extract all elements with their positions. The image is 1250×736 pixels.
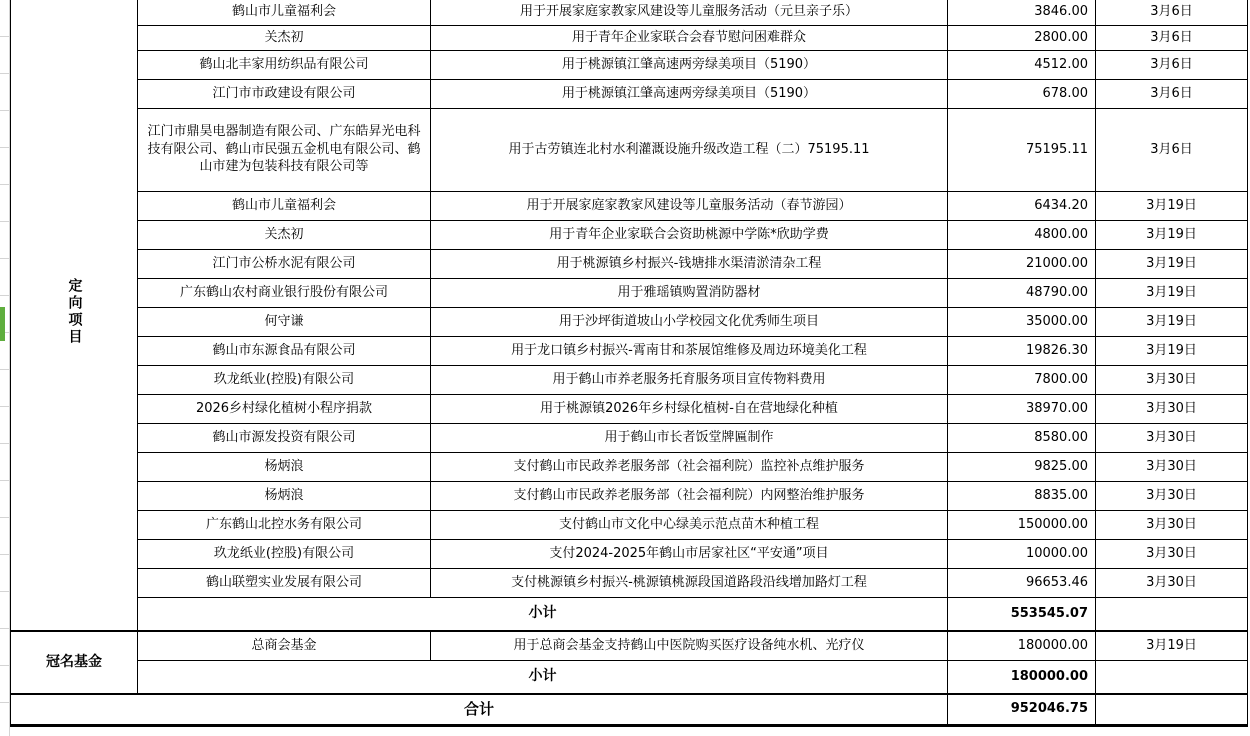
donor-cell[interactable]: 2026乡村绿化植树小程序捐款 — [138, 394, 431, 423]
donation-table: 定向项目鹤山市儿童福利会用于开展家庭家教家风建设等儿童服务活动（元旦亲子乐）38… — [10, 0, 1248, 727]
purpose-cell[interactable]: 用于开展家庭家教家风建设等儿童服务活动（春节游园） — [431, 191, 948, 220]
purpose-cell[interactable]: 用于鹤山市养老服务托育服务项目宣传物料费用 — [431, 365, 948, 394]
category-cell[interactable]: 冠名基金 — [11, 631, 138, 694]
amount-cell[interactable]: 150000.00 — [948, 510, 1096, 539]
purpose-cell[interactable]: 用于龙口镇乡村振兴-霄南甘和茶展馆维修及周边环境美化工程 — [431, 336, 948, 365]
table-row: 江门市市政建设有限公司用于桃源镇江肇高速两旁绿美项目（5190）678.003月… — [11, 79, 1248, 108]
table-row: 何守谦用于沙坪街道坡山小学校园文化优秀师生项目35000.003月19日 — [11, 307, 1248, 336]
date-cell[interactable]: 3月30日 — [1096, 365, 1248, 394]
table-row: 关杰初用于青年企业家联合会春节慰问困难群众2800.003月6日 — [11, 25, 1248, 50]
date-cell[interactable]: 3月19日 — [1096, 220, 1248, 249]
subtotal-amount-cell[interactable]: 180000.00 — [948, 660, 1096, 694]
purpose-cell[interactable]: 支付桃源镇乡村振兴-桃源镇桃源段国道路段沿线增加路灯工程 — [431, 568, 948, 597]
subtotal-row: 小计553545.07 — [11, 597, 1248, 631]
donor-cell[interactable]: 总商会基金 — [138, 631, 431, 660]
amount-cell[interactable]: 180000.00 — [948, 631, 1096, 660]
amount-cell[interactable]: 678.00 — [948, 79, 1096, 108]
amount-cell[interactable]: 75195.11 — [948, 108, 1096, 191]
donor-cell[interactable]: 杨炳浪 — [138, 481, 431, 510]
amount-cell[interactable]: 48790.00 — [948, 278, 1096, 307]
table-row: 定向项目鹤山市儿童福利会用于开展家庭家教家风建设等儿童服务活动（元旦亲子乐）38… — [11, 0, 1248, 25]
donor-cell[interactable]: 鹤山联塑实业发展有限公司 — [138, 568, 431, 597]
total-amount-cell[interactable]: 952046.75 — [948, 694, 1096, 725]
table-row: 江门市公桥水泥有限公司用于桃源镇乡村振兴-钱塘排水渠清淤清杂工程21000.00… — [11, 249, 1248, 278]
donor-cell[interactable]: 广东鹤山农村商业银行股份有限公司 — [138, 278, 431, 307]
donor-cell[interactable]: 玖龙纸业(控股)有限公司 — [138, 365, 431, 394]
donor-cell[interactable]: 鹤山市东源食品有限公司 — [138, 336, 431, 365]
donor-cell[interactable]: 关杰初 — [138, 25, 431, 50]
category-label: 定向项目 — [65, 278, 84, 346]
purpose-cell[interactable]: 支付鹤山市民政养老服务部（社会福利院）监控补点维护服务 — [431, 452, 948, 481]
date-cell[interactable]: 3月6日 — [1096, 50, 1248, 79]
amount-cell[interactable]: 8835.00 — [948, 481, 1096, 510]
date-cell[interactable]: 3月30日 — [1096, 394, 1248, 423]
purpose-cell[interactable]: 用于青年企业家联合会春节慰问困难群众 — [431, 25, 948, 50]
category-label: 冠名基金 — [46, 654, 102, 670]
table-row: 玖龙纸业(控股)有限公司用于鹤山市养老服务托育服务项目宣传物料费用7800.00… — [11, 365, 1248, 394]
date-cell[interactable]: 3月6日 — [1096, 25, 1248, 50]
date-cell[interactable]: 3月6日 — [1096, 108, 1248, 191]
date-cell[interactable]: 3月6日 — [1096, 79, 1248, 108]
donor-cell[interactable]: 杨炳浪 — [138, 452, 431, 481]
table-row: 鹤山联塑实业发展有限公司支付桃源镇乡村振兴-桃源镇桃源段国道路段沿线增加路灯工程… — [11, 568, 1248, 597]
purpose-cell[interactable]: 用于桃源镇乡村振兴-钱塘排水渠清淤清杂工程 — [431, 249, 948, 278]
purpose-cell[interactable]: 用于鹤山市长者饭堂牌匾制作 — [431, 423, 948, 452]
subtotal-date-cell[interactable] — [1096, 660, 1248, 694]
donor-cell[interactable]: 江门市市政建设有限公司 — [138, 79, 431, 108]
table-row: 2026乡村绿化植树小程序捐款用于桃源镇2026年乡村绿化植树-自在营地绿化种植… — [11, 394, 1248, 423]
date-cell[interactable]: 3月30日 — [1096, 568, 1248, 597]
amount-cell[interactable]: 9825.00 — [948, 452, 1096, 481]
purpose-cell[interactable]: 支付鹤山市文化中心绿美示范点苗木种植工程 — [431, 510, 948, 539]
donor-cell[interactable]: 鹤山市源发投资有限公司 — [138, 423, 431, 452]
purpose-cell[interactable]: 用于总商会基金支持鹤山中医院购买医疗设备纯水机、光疗仪 — [431, 631, 948, 660]
amount-cell[interactable]: 8580.00 — [948, 423, 1096, 452]
total-label-cell[interactable]: 合计 — [11, 694, 948, 725]
date-cell[interactable]: 3月30日 — [1096, 452, 1248, 481]
donor-cell[interactable]: 玖龙纸业(控股)有限公司 — [138, 539, 431, 568]
table-row: 冠名基金总商会基金用于总商会基金支持鹤山中医院购买医疗设备纯水机、光疗仪1800… — [11, 631, 1248, 660]
amount-cell[interactable]: 19826.30 — [948, 336, 1096, 365]
purpose-cell[interactable]: 支付鹤山市民政养老服务部（社会福利院）内网整治维护服务 — [431, 481, 948, 510]
purpose-cell[interactable]: 用于古劳镇连北村水利灌溉设施升级改造工程（二）75195.11 — [431, 108, 948, 191]
subtotal-amount-cell[interactable]: 553545.07 — [948, 597, 1096, 631]
amount-cell[interactable]: 3846.00 — [948, 0, 1096, 25]
table-row: 鹤山市源发投资有限公司用于鹤山市长者饭堂牌匾制作8580.003月30日 — [11, 423, 1248, 452]
amount-cell[interactable]: 6434.20 — [948, 191, 1096, 220]
row-selection-marker — [0, 307, 5, 341]
purpose-cell[interactable]: 用于青年企业家联合会资助桃源中学陈*欣助学费 — [431, 220, 948, 249]
table-row: 广东鹤山农村商业银行股份有限公司用于雅瑶镇购置消防器材48790.003月19日 — [11, 278, 1248, 307]
table-row: 广东鹤山北控水务有限公司支付鹤山市文化中心绿美示范点苗木种植工程150000.0… — [11, 510, 1248, 539]
table-row: 玖龙纸业(控股)有限公司支付2024-2025年鹤山市居家社区“平安通”项目10… — [11, 539, 1248, 568]
donor-cell[interactable]: 鹤山市儿童福利会 — [138, 0, 431, 25]
donor-cell[interactable]: 鹤山北丰家用纺织品有限公司 — [138, 50, 431, 79]
table-row: 鹤山市儿童福利会用于开展家庭家教家风建设等儿童服务活动（春节游园）6434.20… — [11, 191, 1248, 220]
purpose-cell[interactable]: 用于沙坪街道坡山小学校园文化优秀师生项目 — [431, 307, 948, 336]
donation-table-body: 定向项目鹤山市儿童福利会用于开展家庭家教家风建设等儿童服务活动（元旦亲子乐）38… — [11, 0, 1248, 725]
donor-cell[interactable]: 关杰初 — [138, 220, 431, 249]
donor-cell[interactable]: 江门市公桥水泥有限公司 — [138, 249, 431, 278]
purpose-cell[interactable]: 用于桃源镇2026年乡村绿化植树-自在营地绿化种植 — [431, 394, 948, 423]
table-row: 关杰初用于青年企业家联合会资助桃源中学陈*欣助学费4800.003月19日 — [11, 220, 1248, 249]
subtotal-label-cell[interactable]: 小计 — [138, 597, 948, 631]
sheet-edge-strip — [0, 0, 10, 736]
amount-cell[interactable]: 21000.00 — [948, 249, 1096, 278]
subtotal-label-cell[interactable]: 小计 — [138, 660, 948, 694]
date-cell[interactable]: 3月30日 — [1096, 539, 1248, 568]
purpose-cell[interactable]: 用于开展家庭家教家风建设等儿童服务活动（元旦亲子乐） — [431, 0, 948, 25]
date-cell[interactable]: 3月19日 — [1096, 191, 1248, 220]
table-row: 江门市鼎昊电器制造有限公司、广东皓昇光电科技有限公司、鹤山市民强五金机电有限公司… — [11, 108, 1248, 191]
date-cell[interactable]: 3月19日 — [1096, 631, 1248, 660]
donor-cell[interactable]: 广东鹤山北控水务有限公司 — [138, 510, 431, 539]
table-row: 鹤山市东源食品有限公司用于龙口镇乡村振兴-霄南甘和茶展馆维修及周边环境美化工程1… — [11, 336, 1248, 365]
category-cell[interactable]: 定向项目 — [11, 0, 138, 631]
date-cell[interactable]: 3月19日 — [1096, 278, 1248, 307]
donor-cell[interactable]: 何守谦 — [138, 307, 431, 336]
amount-cell[interactable]: 4800.00 — [948, 220, 1096, 249]
amount-cell[interactable]: 2800.00 — [948, 25, 1096, 50]
amount-cell[interactable]: 35000.00 — [948, 307, 1096, 336]
table-row: 杨炳浪支付鹤山市民政养老服务部（社会福利院）监控补点维护服务9825.003月3… — [11, 452, 1248, 481]
purpose-cell[interactable]: 用于桃源镇江肇高速两旁绿美项目（5190） — [431, 50, 948, 79]
total-date-cell[interactable] — [1096, 694, 1248, 725]
subtotal-date-cell[interactable] — [1096, 597, 1248, 631]
table-row: 鹤山北丰家用纺织品有限公司用于桃源镇江肇高速两旁绿美项目（5190）4512.0… — [11, 50, 1248, 79]
purpose-cell[interactable]: 用于雅瑶镇购置消防器材 — [431, 278, 948, 307]
date-cell[interactable]: 3月19日 — [1096, 249, 1248, 278]
amount-cell[interactable]: 38970.00 — [948, 394, 1096, 423]
donor-cell[interactable]: 江门市鼎昊电器制造有限公司、广东皓昇光电科技有限公司、鹤山市民强五金机电有限公司… — [138, 108, 431, 191]
date-cell[interactable]: 3月30日 — [1096, 510, 1248, 539]
donor-cell[interactable]: 鹤山市儿童福利会 — [138, 191, 431, 220]
amount-cell[interactable]: 7800.00 — [948, 365, 1096, 394]
purpose-cell[interactable]: 用于桃源镇江肇高速两旁绿美项目（5190） — [431, 79, 948, 108]
amount-cell[interactable]: 4512.00 — [948, 50, 1096, 79]
date-cell[interactable]: 3月6日 — [1096, 0, 1248, 25]
amount-cell[interactable]: 10000.00 — [948, 539, 1096, 568]
subtotal-row: 小计180000.00 — [11, 660, 1248, 694]
table-row: 杨炳浪支付鹤山市民政养老服务部（社会福利院）内网整治维护服务8835.003月3… — [11, 481, 1248, 510]
total-row: 合计952046.75 — [11, 694, 1248, 725]
amount-cell[interactable]: 96653.46 — [948, 568, 1096, 597]
purpose-cell[interactable]: 支付2024-2025年鹤山市居家社区“平安通”项目 — [431, 539, 948, 568]
date-cell[interactable]: 3月30日 — [1096, 423, 1248, 452]
date-cell[interactable]: 3月19日 — [1096, 336, 1248, 365]
date-cell[interactable]: 3月19日 — [1096, 307, 1248, 336]
date-cell[interactable]: 3月30日 — [1096, 481, 1248, 510]
